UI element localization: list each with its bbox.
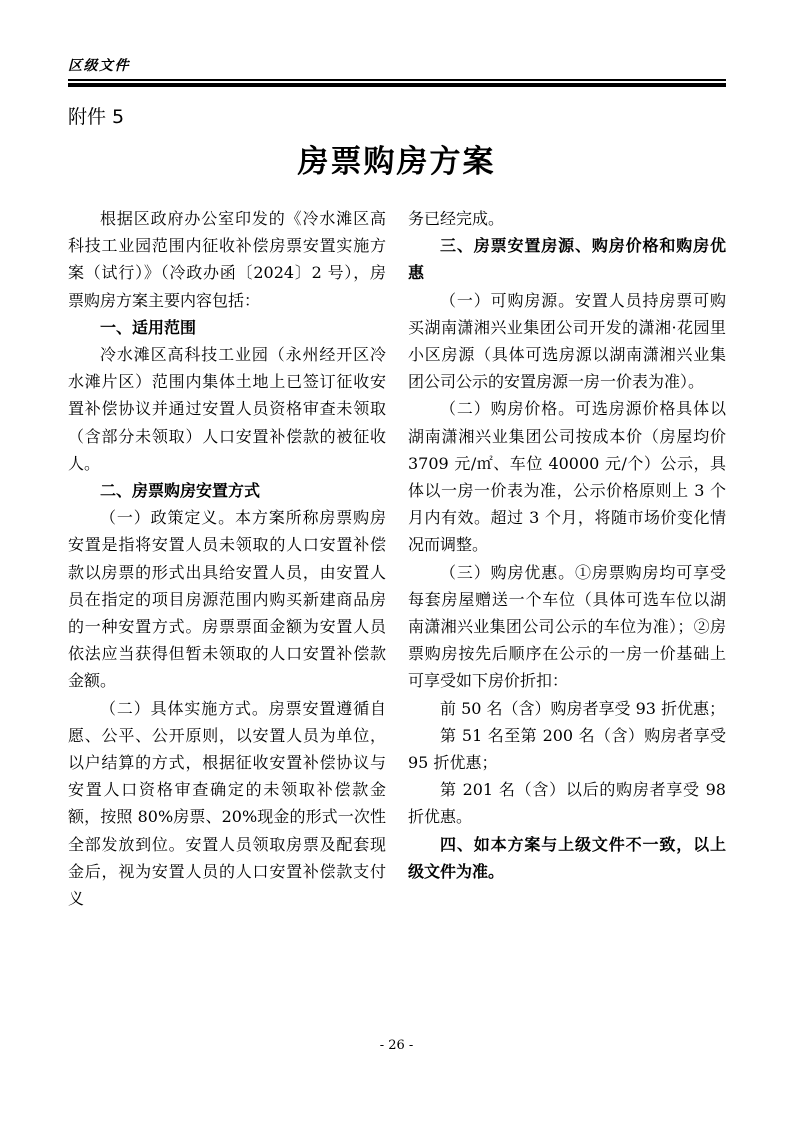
discount-tier-2: 第 51 名至第 200 名（含）购房者享受 95 折优惠； [408, 722, 726, 776]
header-label: 区级文件 [68, 58, 726, 75]
document-page: 区级文件 附件 5 房票购房方案 根据区政府办公室印发的《冷水滩区高科技工业园范… [0, 0, 793, 1122]
right-column: 务已经完成。 三、房票安置房源、购房价格和购房优惠 （一）可购房源。安置人员持房… [408, 205, 726, 912]
header-rule-thick [68, 83, 726, 88]
implementation-continuation: 务已经完成。 [408, 205, 726, 232]
page-number: - 26 - [380, 1038, 414, 1053]
page-footer: - 26 - [0, 1038, 793, 1054]
two-column-body: 根据区政府办公室印发的《冷水滩区高科技工业园范围内征收补偿房票安置实施方案（试行… [68, 205, 726, 912]
page-header: 区级文件 [68, 58, 726, 87]
attachment-label: 附件 5 [68, 105, 124, 129]
purchase-discount-paragraph: （三）购房优惠。①房票购房均可享受每套房屋赠送一个车位（具体可选车位以湖南潇湘兴… [408, 559, 726, 695]
document-title: 房票购房方案 [0, 142, 793, 182]
section-heading-4: 四、如本方案与上级文件不一致，以上级文件为准。 [408, 831, 726, 885]
scope-paragraph: 冷水滩区高科技工业园（永州经开区冷水滩片区）范围内集体土地上已签订征收安置补偿协… [68, 341, 386, 477]
section-heading-1: 一、适用范围 [68, 314, 386, 341]
left-column: 根据区政府办公室印发的《冷水滩区高科技工业园范围内征收补偿房票安置实施方案（试行… [68, 205, 386, 912]
header-rule-thin [68, 79, 726, 81]
section-heading-2: 二、房票购房安置方式 [68, 477, 386, 504]
available-housing-paragraph: （一）可购房源。安置人员持房票可购买湖南潇湘兴业集团公司开发的潇湘·花园里小区房… [408, 287, 726, 396]
purchase-price-paragraph: （二）购房价格。可选房源价格具体以湖南潇湘兴业集团公司按成本价（房屋均价 370… [408, 395, 726, 558]
implementation-paragraph: （二）具体实施方式。房票安置遵循自愿、公平、公开原则，以安置人员为单位，以户结算… [68, 695, 386, 913]
intro-paragraph: 根据区政府办公室印发的《冷水滩区高科技工业园范围内征收补偿房票安置实施方案（试行… [68, 205, 386, 314]
section-heading-3: 三、房票安置房源、购房价格和购房优惠 [408, 232, 726, 286]
discount-tier-3: 第 201 名（含）以后的购房者享受 98 折优惠。 [408, 776, 726, 830]
policy-definition-paragraph: （一）政策定义。本方案所称房票购房安置是指将安置人员未领取的人口安置补偿款以房票… [68, 504, 386, 694]
discount-tier-1: 前 50 名（含）购房者享受 93 折优惠； [408, 695, 726, 722]
